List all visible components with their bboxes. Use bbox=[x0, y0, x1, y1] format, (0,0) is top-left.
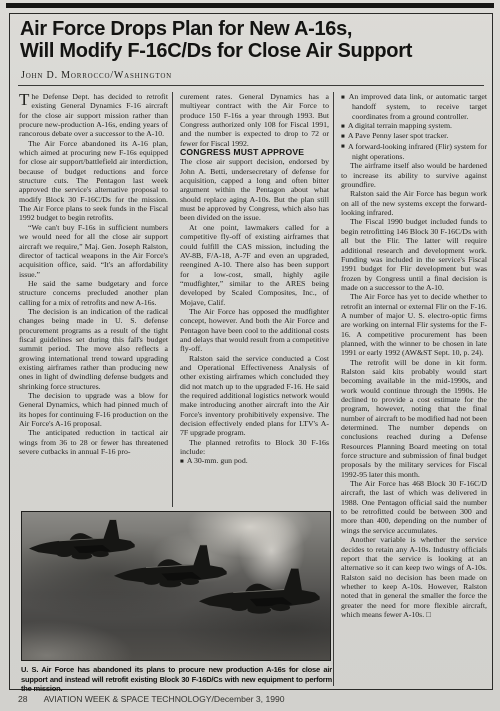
article-paragraph: The Air Force has yet to decide whether … bbox=[341, 292, 487, 357]
article-paragraph: The Air Force has 468 Block 30 F-16C/D a… bbox=[341, 479, 487, 535]
article-paragraph: The anticipated reduction in tactical ai… bbox=[19, 428, 168, 456]
article-paragraph: Another variable is whether the service … bbox=[341, 535, 487, 619]
bullet-square-icon: ■ bbox=[180, 458, 184, 465]
footer-publication: AVIATION WEEK & SPACE TECHNOLOGY/Decembe… bbox=[44, 694, 285, 704]
bullet-item: ■A 30-mm. gun pod. bbox=[180, 456, 329, 466]
bullet-square-icon: ■ bbox=[341, 94, 346, 101]
article-paragraph: The decision is an indication of the rad… bbox=[19, 307, 168, 391]
top-rule-bar bbox=[6, 3, 494, 8]
bullet-item: ■An improved data link, or automatic tar… bbox=[341, 92, 487, 121]
article-paragraph: At one point, lawmakers called for a com… bbox=[180, 223, 329, 307]
bullet-square-icon: ■ bbox=[341, 133, 345, 140]
article-paragraph: “We can't buy F-16s in sufficient number… bbox=[19, 223, 168, 279]
article-paragraph: The planned retrofits to Block 30 F-16s … bbox=[180, 438, 329, 457]
bullet-item: ■A digital terrain mapping system. bbox=[341, 121, 487, 131]
bullet-text: A 30-mm. gun pod. bbox=[187, 456, 248, 465]
f16-formation-photo bbox=[21, 511, 331, 661]
column-divider-2 bbox=[333, 92, 334, 686]
article-paragraph: The Fiscal 1990 budget included funds to… bbox=[341, 217, 487, 292]
article-title-line1: Air Force Drops Plan for New A-16s, bbox=[20, 19, 484, 41]
column-divider-1 bbox=[172, 92, 173, 507]
f16-photo-art bbox=[22, 512, 330, 660]
photo-caption: U. S. Air Force has abandoned its plans … bbox=[21, 665, 332, 694]
bullet-text: A forward-looking infrared (Flir) system… bbox=[348, 142, 487, 161]
article-paragraph: Ralston said the service conducted a Cos… bbox=[180, 354, 329, 438]
page-footer: 28 AVIATION WEEK & SPACE TECHNOLOGY/Dece… bbox=[18, 694, 478, 704]
lead-paragraph: The Defense Dept. has decided to retrofi… bbox=[19, 92, 168, 139]
bullet-item: ■A Pave Penny laser spot tracker. bbox=[341, 131, 487, 141]
bullet-text: An improved data link, or automatic targ… bbox=[349, 92, 487, 121]
f16-silhouette-1 bbox=[29, 520, 135, 560]
section-subhead: CONGRESS MUST APPROVE bbox=[180, 148, 329, 157]
article-title-line2: Will Modify F-16C/Ds for Close Air Suppo… bbox=[20, 41, 484, 63]
continuation-paragraph: curement rates. General Dynamics has a m… bbox=[180, 92, 329, 148]
bullet-text: A digital terrain mapping system. bbox=[348, 121, 452, 130]
f16-silhouette-2 bbox=[114, 545, 227, 587]
article-column-2: curement rates. General Dynamics has a m… bbox=[180, 92, 329, 509]
bullet-square-icon: ■ bbox=[341, 143, 345, 150]
article-paragraph: The retrofit will be done in kit form. R… bbox=[341, 358, 487, 479]
article-paragraph: The airframe itself also would be harden… bbox=[341, 161, 487, 189]
article-paragraph: Ralston said the Air Force has begun wor… bbox=[341, 189, 487, 217]
magazine-page: { "article": { "title_line1": "Air Force… bbox=[0, 0, 500, 711]
bullet-square-icon: ■ bbox=[341, 123, 345, 130]
article-title: Air Force Drops Plan for New A-16s, Will… bbox=[20, 19, 484, 62]
byline: John D. Morrocco/Washington bbox=[21, 70, 172, 81]
article-paragraph: The close air support decision, endorsed… bbox=[180, 157, 329, 222]
bullet-text: A Pave Penny laser spot tracker. bbox=[348, 131, 448, 140]
article-paragraph: The Air Force has opposed the mudfighter… bbox=[180, 307, 329, 354]
article-paragraph: The decision to upgrade was a blow for G… bbox=[19, 391, 168, 428]
byline-rule bbox=[18, 85, 484, 86]
article-frame: Air Force Drops Plan for New A-16s, Will… bbox=[9, 13, 493, 690]
bullet-item: ■A forward-looking infrared (Flir) syste… bbox=[341, 142, 487, 162]
article-paragraph: The Air Force abandoned its A-16 plan, w… bbox=[19, 139, 168, 223]
article-column-3: ■An improved data link, or automatic tar… bbox=[341, 92, 487, 678]
article-column-1: The Defense Dept. has decided to retrofi… bbox=[19, 92, 168, 509]
footer-page-number: 28 bbox=[18, 694, 28, 704]
article-paragraph: He said the same budgetary and force str… bbox=[19, 279, 168, 307]
